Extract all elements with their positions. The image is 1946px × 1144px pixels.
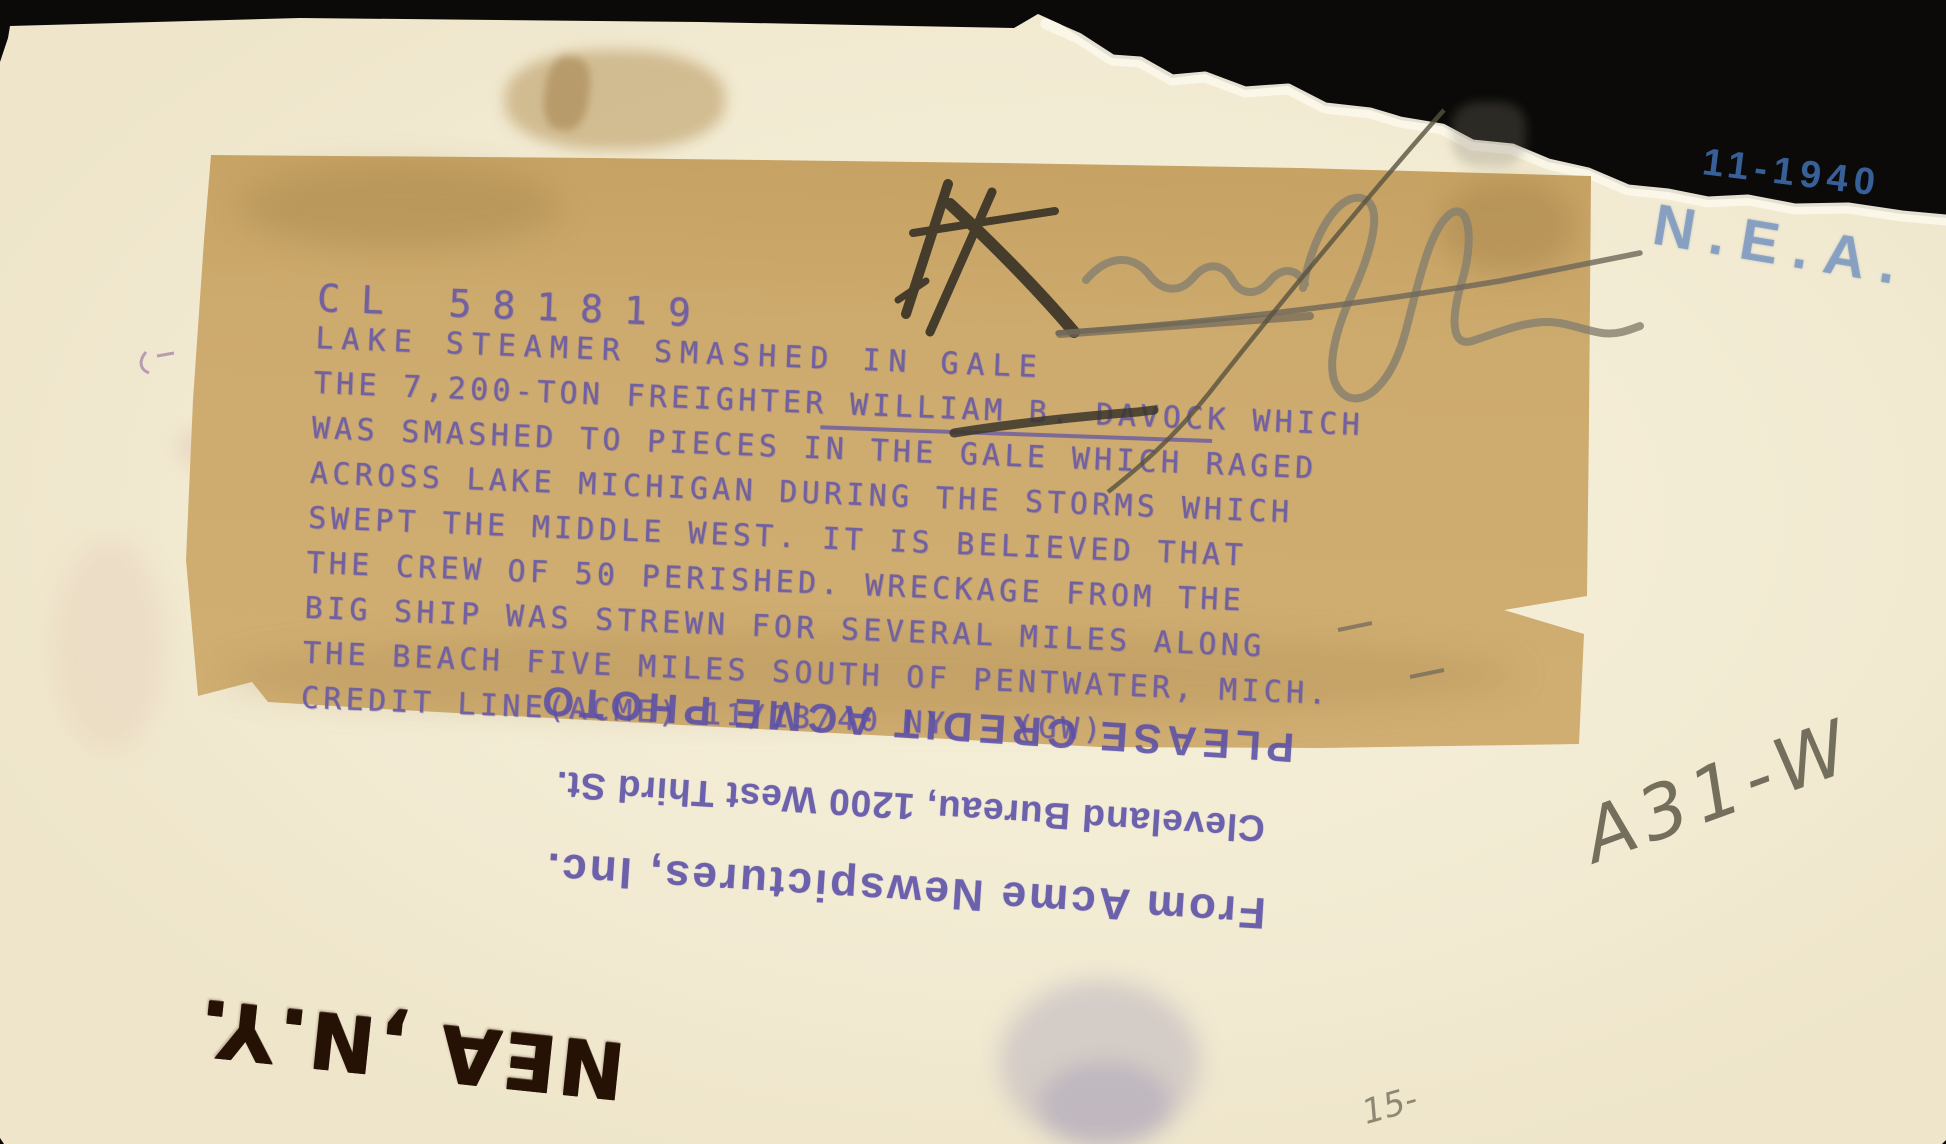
stamp-line-bureau-address: Cleveland Bureau, 1200 West Third St.: [554, 763, 1266, 850]
press-photo-verso-scan: CL 581819 LAKE STEAMER SMASHED IN GALE T…: [0, 0, 1946, 1144]
date-stamp: 11-1940: [1700, 141, 1883, 206]
